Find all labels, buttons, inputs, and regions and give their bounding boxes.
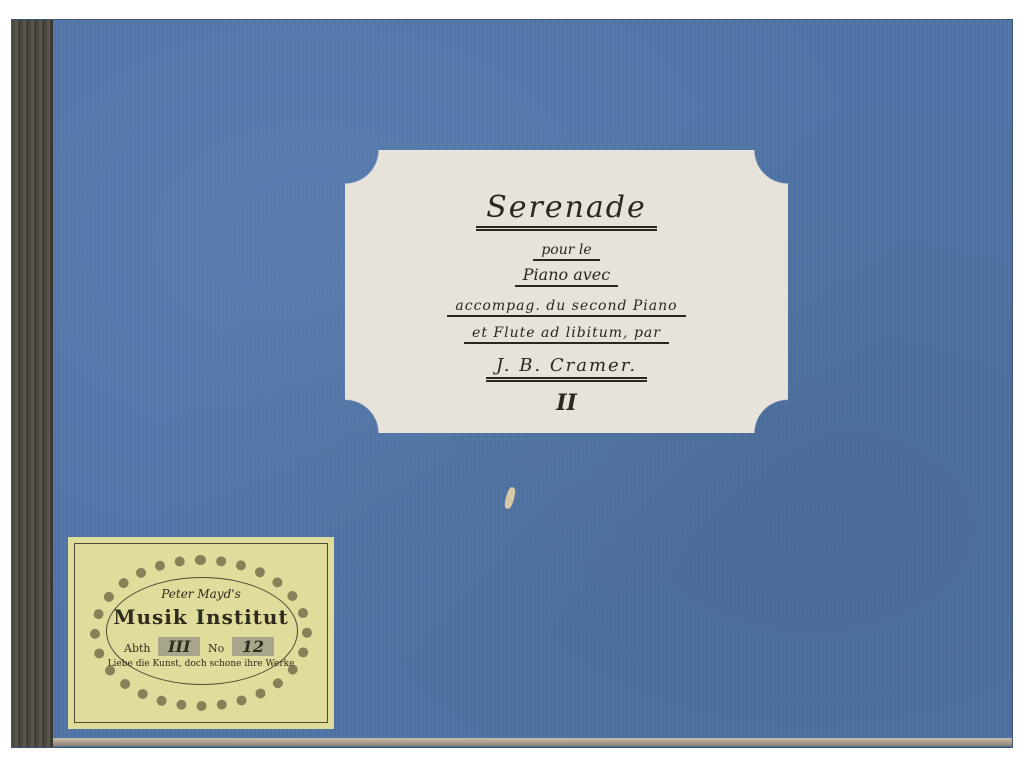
library-label: Peter Mayd's Musik Institut Abth III No …	[68, 537, 334, 729]
library-owner: Peter Mayd's	[68, 587, 334, 601]
library-institution: Musik Institut	[68, 605, 334, 629]
volume-number: II	[345, 390, 788, 416]
library-motto: Liebe die Kunst, doch schone ihre Werke	[68, 659, 334, 669]
subtitle-line-1: pour le	[533, 242, 599, 261]
subtitle-line-4: et Flute ad libitum, par	[464, 325, 669, 344]
title-text: Serenade	[476, 190, 657, 231]
cover-bottom-edge	[40, 738, 1012, 746]
library-shelfmark: Abth III No 12	[68, 637, 334, 656]
number-value: 12	[232, 637, 274, 656]
cloth-spine	[12, 20, 53, 747]
composer-name: J. B. Cramer.	[486, 355, 647, 382]
number-label: No	[208, 642, 224, 655]
subtitle-line-2: Piano avec	[515, 265, 618, 287]
subtitle-line-3: accompag. du second Piano	[447, 298, 685, 317]
section-label: Abth	[124, 642, 151, 655]
section-value: III	[158, 637, 200, 656]
title-label: Serenade pour le Piano avec accompag. du…	[345, 150, 788, 433]
